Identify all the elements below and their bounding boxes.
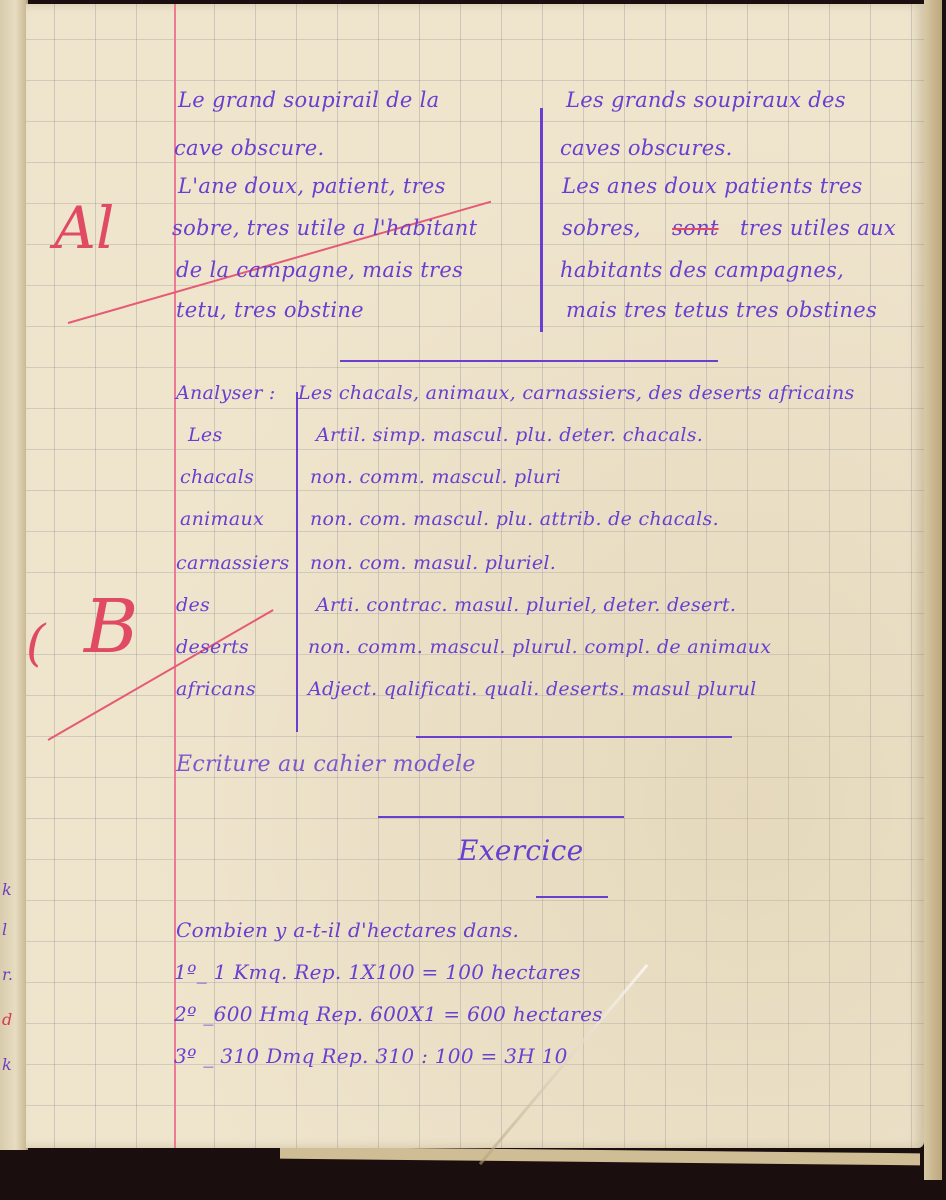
page-bottom-edge (280, 1147, 920, 1166)
exercise-answer: 3º _ 310 Dmq Rep. 310 : 100 = 3H 10 (174, 1044, 568, 1068)
red-correction-line (48, 609, 274, 741)
binding-mark: r. (2, 965, 13, 984)
title-underline (536, 896, 608, 898)
struck-word: sont (672, 216, 719, 240)
notebook-binding: k l r. d k (0, 0, 28, 1150)
plural-line: mais tres tetus tres obstines (566, 298, 877, 322)
section-separator (340, 360, 718, 362)
analysis-divider (296, 392, 298, 732)
plural-line: sobres, (562, 216, 641, 240)
analysis-word: des (176, 594, 210, 616)
analysis-word: carnassiers (176, 552, 290, 574)
analysis-text: Arti. contrac. masul. pluriel, deter. de… (316, 594, 736, 616)
grade-mark-top: Al (54, 194, 114, 262)
analysis-word: africans (176, 678, 256, 700)
singular-line: Le grand soupirail de la (178, 88, 439, 112)
scanned-notebook-page: k l r. d k Al ( B Le grand soupirail de … (0, 0, 946, 1200)
plural-line: tres utiles aux (740, 216, 896, 240)
analysis-word: animaux (180, 508, 264, 530)
underlying-page-edge (924, 0, 942, 1180)
plural-line: Les grands soupiraux des (566, 88, 846, 112)
singular-line: L'ane doux, patient, tres (178, 174, 446, 198)
grade-mark-bottom: B (84, 584, 138, 670)
analysis-text: non. comm. mascul. pluri (310, 466, 561, 488)
singular-line: de la campagne, mais tres (176, 258, 463, 282)
section-separator (416, 736, 732, 738)
analysis-text: non. comm. mascul. plurul. compl. de ani… (308, 636, 771, 658)
binding-mark: k (2, 1055, 12, 1074)
singular-line: cave obscure. (174, 136, 324, 160)
singular-line: sobre, tres utile a l'habitant (172, 216, 477, 240)
column-divider (540, 108, 543, 332)
analysis-text: Artil. simp. mascul. plu. deter. chacals… (316, 424, 703, 446)
analysis-text: non. com. mascul. plu. attrib. de chacal… (310, 508, 719, 530)
analysis-word: chacals (180, 466, 254, 488)
analysis-sentence: Les chacals, animaux, carnassiers, des d… (298, 382, 855, 404)
notebook-page: Al ( B Le grand soupirail de la cave obs… (26, 4, 924, 1148)
binding-mark-red: d (2, 1010, 12, 1029)
exercise-title: Exercice (458, 834, 583, 867)
plural-line: habitants des campagnes, (560, 258, 844, 282)
binding-mark: k (2, 880, 12, 899)
analysis-text: non. com. masul. pluriel. (310, 552, 556, 574)
plural-line: Les anes doux patients tres (562, 174, 863, 198)
analysis-label: Analyser : (176, 382, 276, 404)
section-separator (378, 816, 624, 818)
exercise-question: Combien y a-t-il d'hectares dans. (176, 918, 519, 942)
analysis-word: deserts (176, 636, 249, 658)
analysis-text: Adject. qalificati. quali. deserts. masu… (308, 678, 757, 700)
singular-line: tetu, tres obstine (176, 298, 364, 322)
analysis-word: Les (188, 424, 223, 446)
exercise-answer: 1º_ 1 Kmq. Rep. 1X100 = 100 hectares (174, 960, 581, 984)
binding-mark: l (2, 920, 7, 939)
writing-note: Ecriture au cahier modele (176, 752, 476, 777)
exercise-answer: 2º _600 Hmq Rep. 600X1 = 600 hectares (174, 1002, 603, 1026)
grade-prefix: ( (26, 614, 46, 672)
plural-line: caves obscures. (560, 136, 733, 160)
